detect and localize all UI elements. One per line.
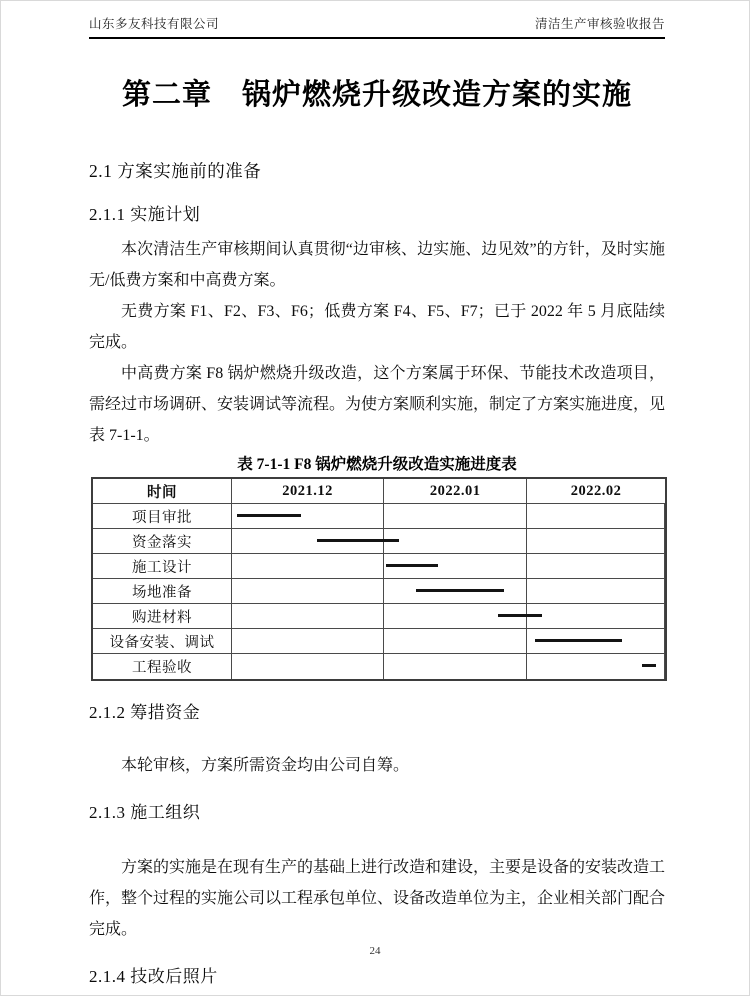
page-header: 山东多友科技有限公司 清洁生产审核验收报告 xyxy=(89,1,665,39)
header-company-name: 山东多友科技有限公司 xyxy=(89,14,219,32)
month-cell xyxy=(232,554,384,578)
table-header-row: 时间 2021.12 2022.01 2022.02 xyxy=(93,479,665,504)
paragraph-f8-scheme: 中高费方案 F8 锅炉燃烧升级改造，这个方案属于环保、节能技术改造项目，需经过市… xyxy=(89,358,665,451)
paragraph-construction: 方案的实施是在现有生产的基础上进行改造和建设，主要是设备的安装改造工作，整个过程… xyxy=(89,852,665,945)
table-row: 项目审批 xyxy=(93,504,665,529)
heading-2-1-2: 2.1.2 筹措资金 xyxy=(89,701,665,725)
task-label: 场地准备 xyxy=(93,579,232,603)
document-page: 山东多友科技有限公司 清洁生产审核验收报告 第二章 锅炉燃烧升级改造方案的实施 … xyxy=(0,0,750,996)
gantt-bar xyxy=(237,514,302,517)
month-cell xyxy=(384,629,527,653)
table-row: 设备安装、调试 xyxy=(93,629,665,654)
month-cell xyxy=(527,504,665,528)
task-label: 项目审批 xyxy=(93,504,232,528)
table-row: 资金落实 xyxy=(93,529,665,554)
header-cell-2022-01: 2022.01 xyxy=(384,479,527,503)
task-label: 工程验收 xyxy=(93,654,232,679)
month-cell xyxy=(384,529,527,553)
month-cell xyxy=(527,529,665,553)
paragraph-policy: 本次清洁生产审核期间认真贯彻“边审核、边实施、边见效”的方针，及时实施无/低费方… xyxy=(89,234,665,296)
gantt-bar xyxy=(535,639,622,642)
table-caption: 表 7-1-1 F8 锅炉燃烧升级改造实施进度表 xyxy=(89,454,665,476)
gantt-bar xyxy=(498,614,542,617)
table-row: 施工设计 xyxy=(93,554,665,579)
table-row: 场地准备 xyxy=(93,579,665,604)
month-cell xyxy=(232,629,384,653)
header-report-title: 清洁生产审核验收报告 xyxy=(535,14,665,32)
table-row: 购进材料 xyxy=(93,604,665,629)
month-cell xyxy=(232,654,384,679)
gantt-bar xyxy=(386,564,438,567)
table-row: 工程验收 xyxy=(93,654,665,679)
month-cell xyxy=(527,604,665,628)
header-cell-2021-12: 2021.12 xyxy=(232,479,384,503)
month-cell xyxy=(384,504,527,528)
gantt-bar xyxy=(416,589,504,592)
heading-2-1-3: 2.1.3 施工组织 xyxy=(89,801,665,825)
page-title: 第二章 锅炉燃烧升级改造方案的实施 xyxy=(89,73,665,117)
task-label: 施工设计 xyxy=(93,554,232,578)
schedule-table: 时间 2021.12 2022.01 2022.02 项目审批资金落实施工设计场… xyxy=(91,477,667,681)
heading-2-1: 2.1 方案实施前的准备 xyxy=(89,159,665,183)
paragraph-funding: 本轮审核，方案所需资金均由公司自筹。 xyxy=(89,750,665,781)
month-cell xyxy=(232,579,384,603)
gantt-bar xyxy=(317,539,398,542)
month-cell xyxy=(384,654,527,679)
task-label: 购进材料 xyxy=(93,604,232,628)
month-cell xyxy=(232,604,384,628)
month-cell xyxy=(527,579,665,603)
task-label: 设备安装、调试 xyxy=(93,629,232,653)
gantt-bar xyxy=(642,664,656,667)
task-label: 资金落实 xyxy=(93,529,232,553)
month-cell xyxy=(527,554,665,578)
header-cell-2022-02: 2022.02 xyxy=(527,479,665,503)
page-number: 24 xyxy=(1,945,749,957)
paragraph-schemes-done: 无费方案 F1、F2、F3、F6；低费方案 F4、F5、F7；已于 2022 年… xyxy=(89,296,665,358)
heading-2-1-1: 2.1.1 实施计划 xyxy=(89,203,665,227)
header-cell-time: 时间 xyxy=(93,479,232,503)
heading-2-1-4: 2.1.4 技改后照片 xyxy=(89,965,665,989)
